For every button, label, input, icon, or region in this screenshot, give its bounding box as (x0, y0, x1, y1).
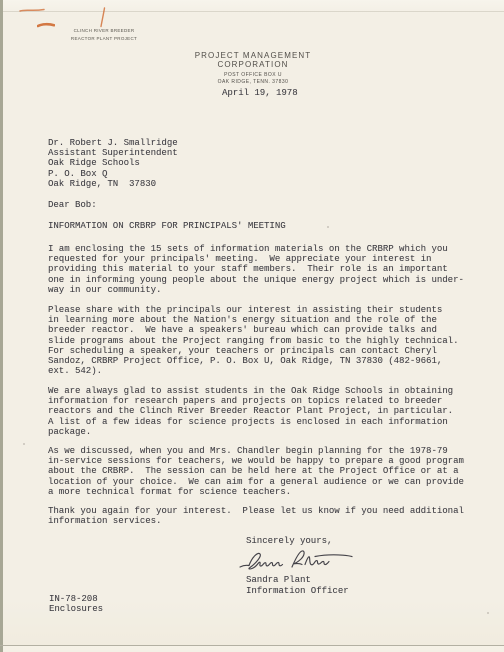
paper-bottom-edge (0, 645, 504, 646)
letterhead-address-line1: POST OFFICE BOX U (158, 72, 348, 79)
body-paragraph-2: Please share with the principals our int… (48, 305, 458, 376)
scan-speck (327, 226, 329, 228)
subject-line: INFORMATION ON CRBRP FOR PRINCIPALS' MEE… (48, 221, 286, 231)
letterhead-address-line2: OAK RIDGE, TENN. 37830 (158, 79, 348, 86)
recipient-address: Dr. Robert J. Smallridge Assistant Super… (48, 138, 178, 189)
body-paragraph-1: I am enclosing the 15 sets of informatio… (48, 244, 464, 295)
crbrp-logo: CLINCH RIVER BREEDER REACTOR PLANT PROJE… (54, 27, 154, 42)
paper-top-edge (0, 11, 504, 12)
letter-date: April 19, 1978 (222, 88, 298, 98)
pen-mark-tick (99, 7, 107, 28)
body-paragraph-4: As we discussed, when you and Mrs. Chand… (48, 446, 464, 497)
pen-mark-dash-1 (19, 7, 45, 14)
letterhead: PROJECT MANAGEMENT CORPORATION POST OFFI… (158, 51, 348, 85)
signer-name: Sandra Plant (246, 575, 311, 585)
logo-line-2: REACTOR PLANT PROJECT (54, 35, 154, 43)
pen-mark-dash-2 (37, 22, 55, 29)
scan-left-edge (0, 0, 3, 652)
enclosures-note: Enclosures (49, 604, 103, 614)
scanned-letter: CLINCH RIVER BREEDER REACTOR PLANT PROJE… (0, 0, 504, 652)
salutation: Dear Bob: (48, 200, 97, 210)
valediction: Sincerely yours, (246, 536, 332, 546)
company-name: PROJECT MANAGEMENT CORPORATION (158, 51, 348, 69)
body-paragraph-5: Thank you again for your interest. Pleas… (48, 506, 464, 526)
signature-image (239, 548, 357, 575)
body-paragraph-3: We are always glad to assist students in… (48, 386, 453, 437)
signer-title: Information Officer (246, 586, 349, 596)
reference-number: IN-78-208 (49, 594, 98, 604)
scan-speck (487, 612, 489, 614)
logo-line-1: CLINCH RIVER BREEDER (54, 27, 154, 35)
scan-speck (23, 443, 25, 445)
